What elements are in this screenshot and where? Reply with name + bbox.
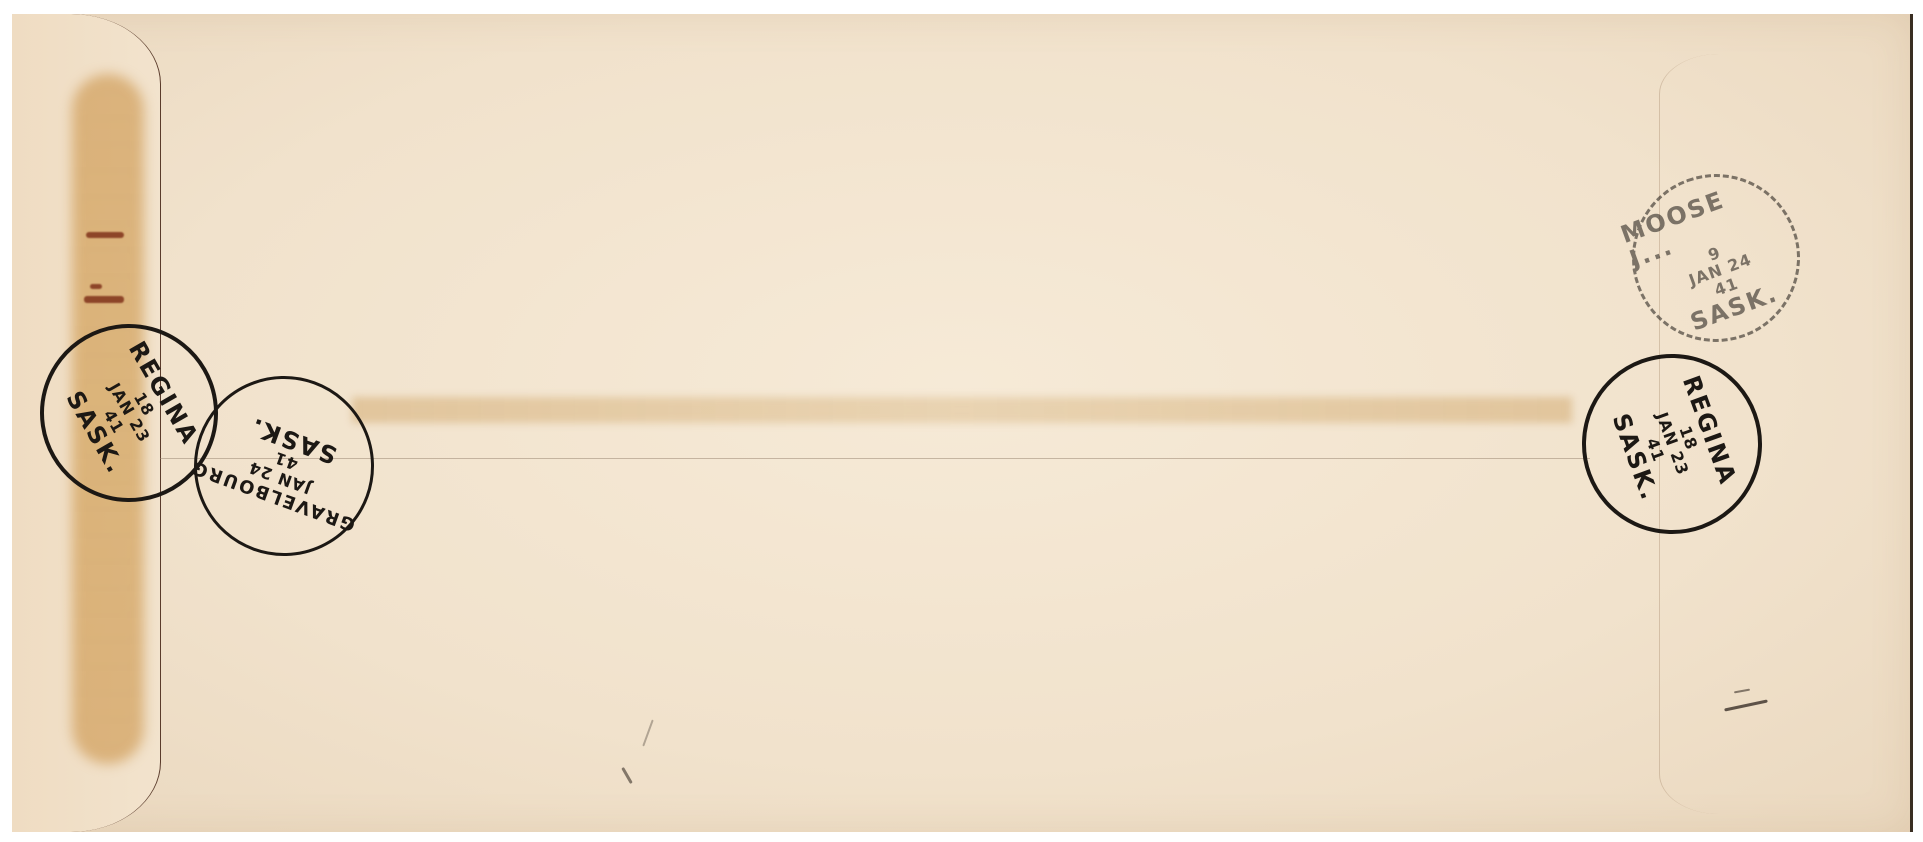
rust-mark <box>84 296 124 303</box>
pencil-mark <box>642 720 653 747</box>
pencil-mark <box>621 767 633 784</box>
postmark-town: MOOSE J... <box>1617 168 1787 273</box>
rust-mark <box>90 284 102 289</box>
envelope-back: REGINA 18 JAN 23 41 SASK. GRAVELBOURG JA… <box>12 14 1913 832</box>
rust-mark <box>86 232 124 238</box>
glue-stain-band <box>352 397 1572 423</box>
